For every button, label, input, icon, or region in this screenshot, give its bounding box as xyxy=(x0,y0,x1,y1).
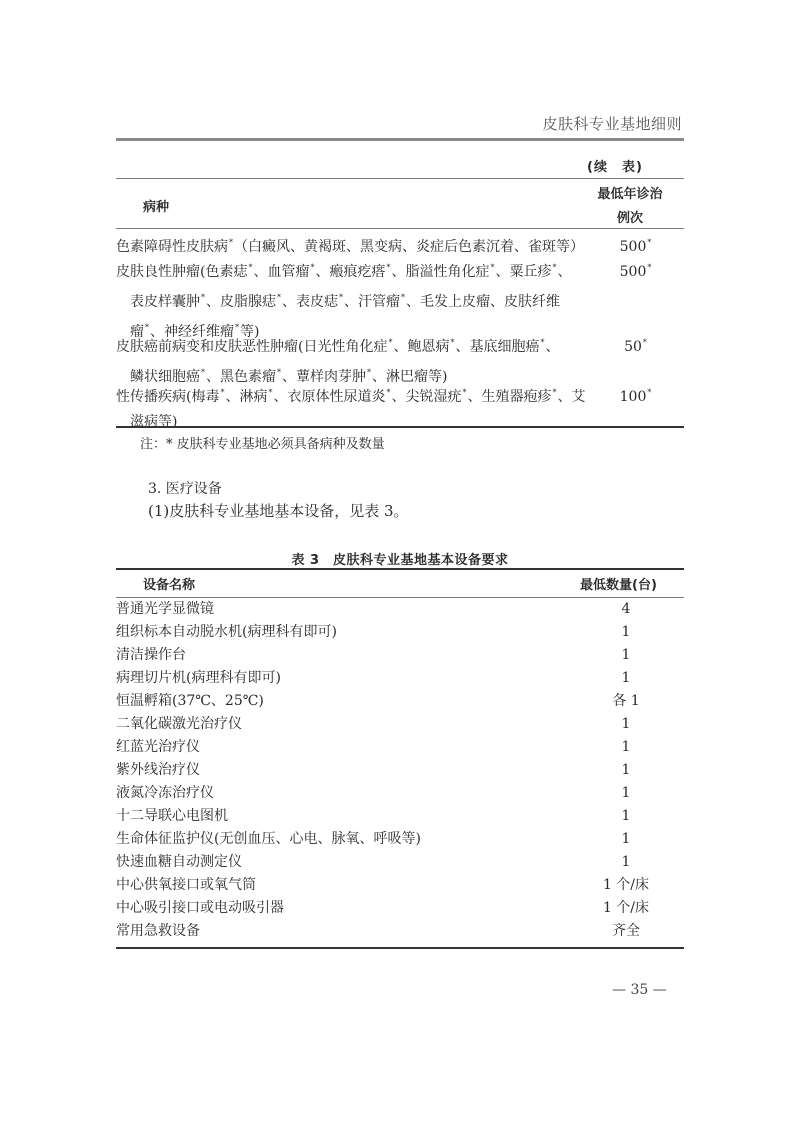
table1-bottom-rule xyxy=(116,426,684,428)
table1-top-rule xyxy=(116,178,684,179)
disease-line: 表皮样囊肿*、皮脂腺痣*、表皮痣*、汗管瘤*、毛发上皮瘤、皮肤纤维 xyxy=(116,285,586,315)
table-row: 紫外线治疗仪1 xyxy=(116,759,684,782)
table-row: 红蓝光治疗仪1 xyxy=(116,736,684,759)
equipment-quantity: 1 xyxy=(576,667,676,690)
equipment-name: 恒温孵箱(37℃、25℃) xyxy=(116,690,264,713)
table-row: 普通光学显微镜4 xyxy=(116,598,684,621)
equipment-name: 病理切片机(病理科有即可) xyxy=(116,667,281,690)
table1-header-rule xyxy=(116,228,684,229)
equipment-quantity: 1 个/床 xyxy=(576,874,676,897)
equipment-name: 十二导联心电图机 xyxy=(116,805,228,828)
equipment-name: 紫外线治疗仪 xyxy=(116,759,200,782)
header-rule xyxy=(116,138,684,141)
table-row: 快速血糖自动测定仪1 xyxy=(116,851,684,874)
section-paragraph: (1)皮肤科专业基地基本设备，见表 3。 xyxy=(148,500,409,521)
equipment-quantity: 1 xyxy=(576,736,676,759)
table3-top-rule xyxy=(116,568,684,570)
table-row: 组织标本自动脱水机(病理科有即可)1 xyxy=(116,621,684,644)
table-row: 生命体征监护仪(无创血压、心电、脉氧、呼吸等)1 xyxy=(116,828,684,851)
table1-header-min-cases: 最低年诊治 例次 xyxy=(590,183,670,231)
table1-header-disease: 病种 xyxy=(143,196,169,215)
running-header: 皮肤科专业基地细则 xyxy=(542,113,682,134)
equipment-quantity: 1 xyxy=(576,713,676,736)
table1-header-min-cases-line1: 最低年诊治 xyxy=(590,183,670,207)
table-row: 中心吸引接口或电动吸引器1 个/床 xyxy=(116,897,684,920)
disease-line: 皮肤良性肿瘤(色素痣*、血管瘤*、瘢痕疙瘩*、脂溢性角化症*、粟丘疹*、 xyxy=(116,255,586,285)
equipment-quantity: 1 xyxy=(576,644,676,667)
table-row: 二氧化碳激光治疗仪1 xyxy=(116,713,684,736)
equipment-quantity: 1 xyxy=(576,828,676,851)
table3-bottom-rule xyxy=(116,947,684,949)
table-row: 清洁操作台1 xyxy=(116,644,684,667)
equipment-quantity: 1 xyxy=(576,851,676,874)
equipment-name: 组织标本自动脱水机(病理科有即可) xyxy=(116,621,337,644)
table3-header-name: 设备名称 xyxy=(143,574,195,593)
min-cases-value: 500* xyxy=(606,255,666,285)
table3-caption: 表 3 皮肤科专业基地基本设备要求 xyxy=(0,549,800,568)
equipment-name: 常用急救设备 xyxy=(116,920,200,943)
equipment-quantity: 1 xyxy=(576,805,676,828)
equipment-quantity: 各 1 xyxy=(576,690,676,713)
table-row: 常用急救设备齐全 xyxy=(116,920,684,943)
table-row: 液氮冷冻治疗仪1 xyxy=(116,782,684,805)
equipment-name: 生命体征监护仪(无创血压、心电、脉氧、呼吸等) xyxy=(116,828,421,851)
equipment-quantity: 1 xyxy=(576,782,676,805)
disease-line: 皮肤癌前病变和皮肤恶性肿瘤(日光性角化症*、鲍恩病*、基底细胞癌*、 xyxy=(116,330,586,360)
min-cases-value: 100* xyxy=(606,380,666,410)
equipment-quantity: 1 xyxy=(576,621,676,644)
equipment-quantity: 1 个/床 xyxy=(576,897,676,920)
equipment-name: 清洁操作台 xyxy=(116,644,186,667)
equipment-quantity: 齐全 xyxy=(576,920,676,943)
min-cases-value: 50* xyxy=(606,330,666,360)
disease-line: 性传播疾病(梅毒*、淋病*、衣原体性尿道炎*、尖锐湿疣*、生殖器疱疹*、艾 xyxy=(116,380,586,410)
equipment-name: 二氧化碳激光治疗仪 xyxy=(116,713,242,736)
table-row: 病理切片机(病理科有即可)1 xyxy=(116,667,684,690)
equipment-name: 液氮冷冻治疗仪 xyxy=(116,782,214,805)
equipment-quantity: 4 xyxy=(576,598,676,621)
equipment-name: 中心吸引接口或电动吸引器 xyxy=(116,897,284,920)
equipment-quantity: 1 xyxy=(576,759,676,782)
equipment-name: 红蓝光治疗仪 xyxy=(116,736,200,759)
section-heading: 3. 医疗设备 xyxy=(148,478,222,498)
disease-line: 滋病等) xyxy=(116,410,586,435)
table1-note: 注：* 皮肤科专业基地必须具备病种及数量 xyxy=(140,433,385,452)
table3-header-quantity: 最低数量(台) xyxy=(580,574,657,593)
table-continued-label: (续 表) xyxy=(587,156,643,175)
equipment-name: 普通光学显微镜 xyxy=(116,598,214,621)
table-row: 中心供氧接口或氧气筒1 个/床 xyxy=(116,874,684,897)
page-number: — 35 — xyxy=(612,982,667,998)
equipment-name: 快速血糖自动测定仪 xyxy=(116,851,242,874)
table-row: 恒温孵箱(37℃、25℃)各 1 xyxy=(116,690,684,713)
equipment-name: 中心供氧接口或氧气筒 xyxy=(116,874,256,897)
table-row: 十二导联心电图机1 xyxy=(116,805,684,828)
